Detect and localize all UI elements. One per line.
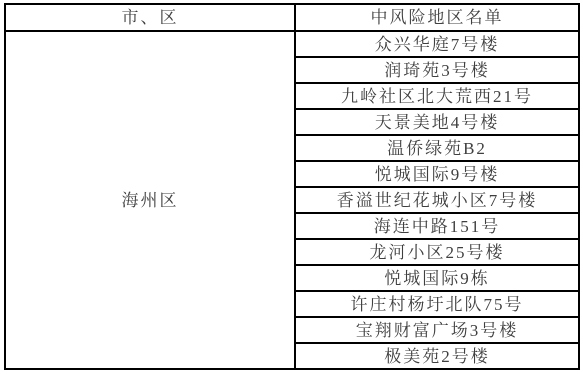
area-cell: 极美苑2号楼 bbox=[295, 343, 579, 369]
area-cell: 众兴华庭7号楼 bbox=[295, 31, 579, 57]
area-cell: 龙河小区25号楼 bbox=[295, 239, 579, 265]
area-cell: 润琦苑3号楼 bbox=[295, 57, 579, 83]
area-cell: 悦城国际9号楼 bbox=[295, 161, 579, 187]
header-risk-area-list: 中风险地区名单 bbox=[295, 4, 579, 31]
page: 市、区 中风险地区名单 海州区众兴华庭7号楼润琦苑3号楼九岭社区北大荒西21号天… bbox=[0, 0, 583, 384]
area-cell: 香溢世纪花城小区7号楼 bbox=[295, 187, 579, 213]
header-city-district: 市、区 bbox=[5, 4, 295, 31]
area-cell: 海连中路151号 bbox=[295, 213, 579, 239]
table-body: 海州区众兴华庭7号楼润琦苑3号楼九岭社区北大荒西21号天景美地4号楼温侨绿苑B2… bbox=[5, 31, 579, 369]
district-cell: 海州区 bbox=[5, 31, 295, 369]
medium-risk-area-table: 市、区 中风险地区名单 海州区众兴华庭7号楼润琦苑3号楼九岭社区北大荒西21号天… bbox=[4, 3, 580, 370]
header-row: 市、区 中风险地区名单 bbox=[5, 4, 579, 31]
area-cell: 许庄村杨圩北队75号 bbox=[295, 291, 579, 317]
area-cell: 悦城国际9栋 bbox=[295, 265, 579, 291]
area-cell: 天景美地4号楼 bbox=[295, 109, 579, 135]
area-cell: 九岭社区北大荒西21号 bbox=[295, 83, 579, 109]
table-row: 海州区众兴华庭7号楼 bbox=[5, 31, 579, 57]
area-cell: 宝翔财富广场3号楼 bbox=[295, 317, 579, 343]
area-cell: 温侨绿苑B2 bbox=[295, 135, 579, 161]
